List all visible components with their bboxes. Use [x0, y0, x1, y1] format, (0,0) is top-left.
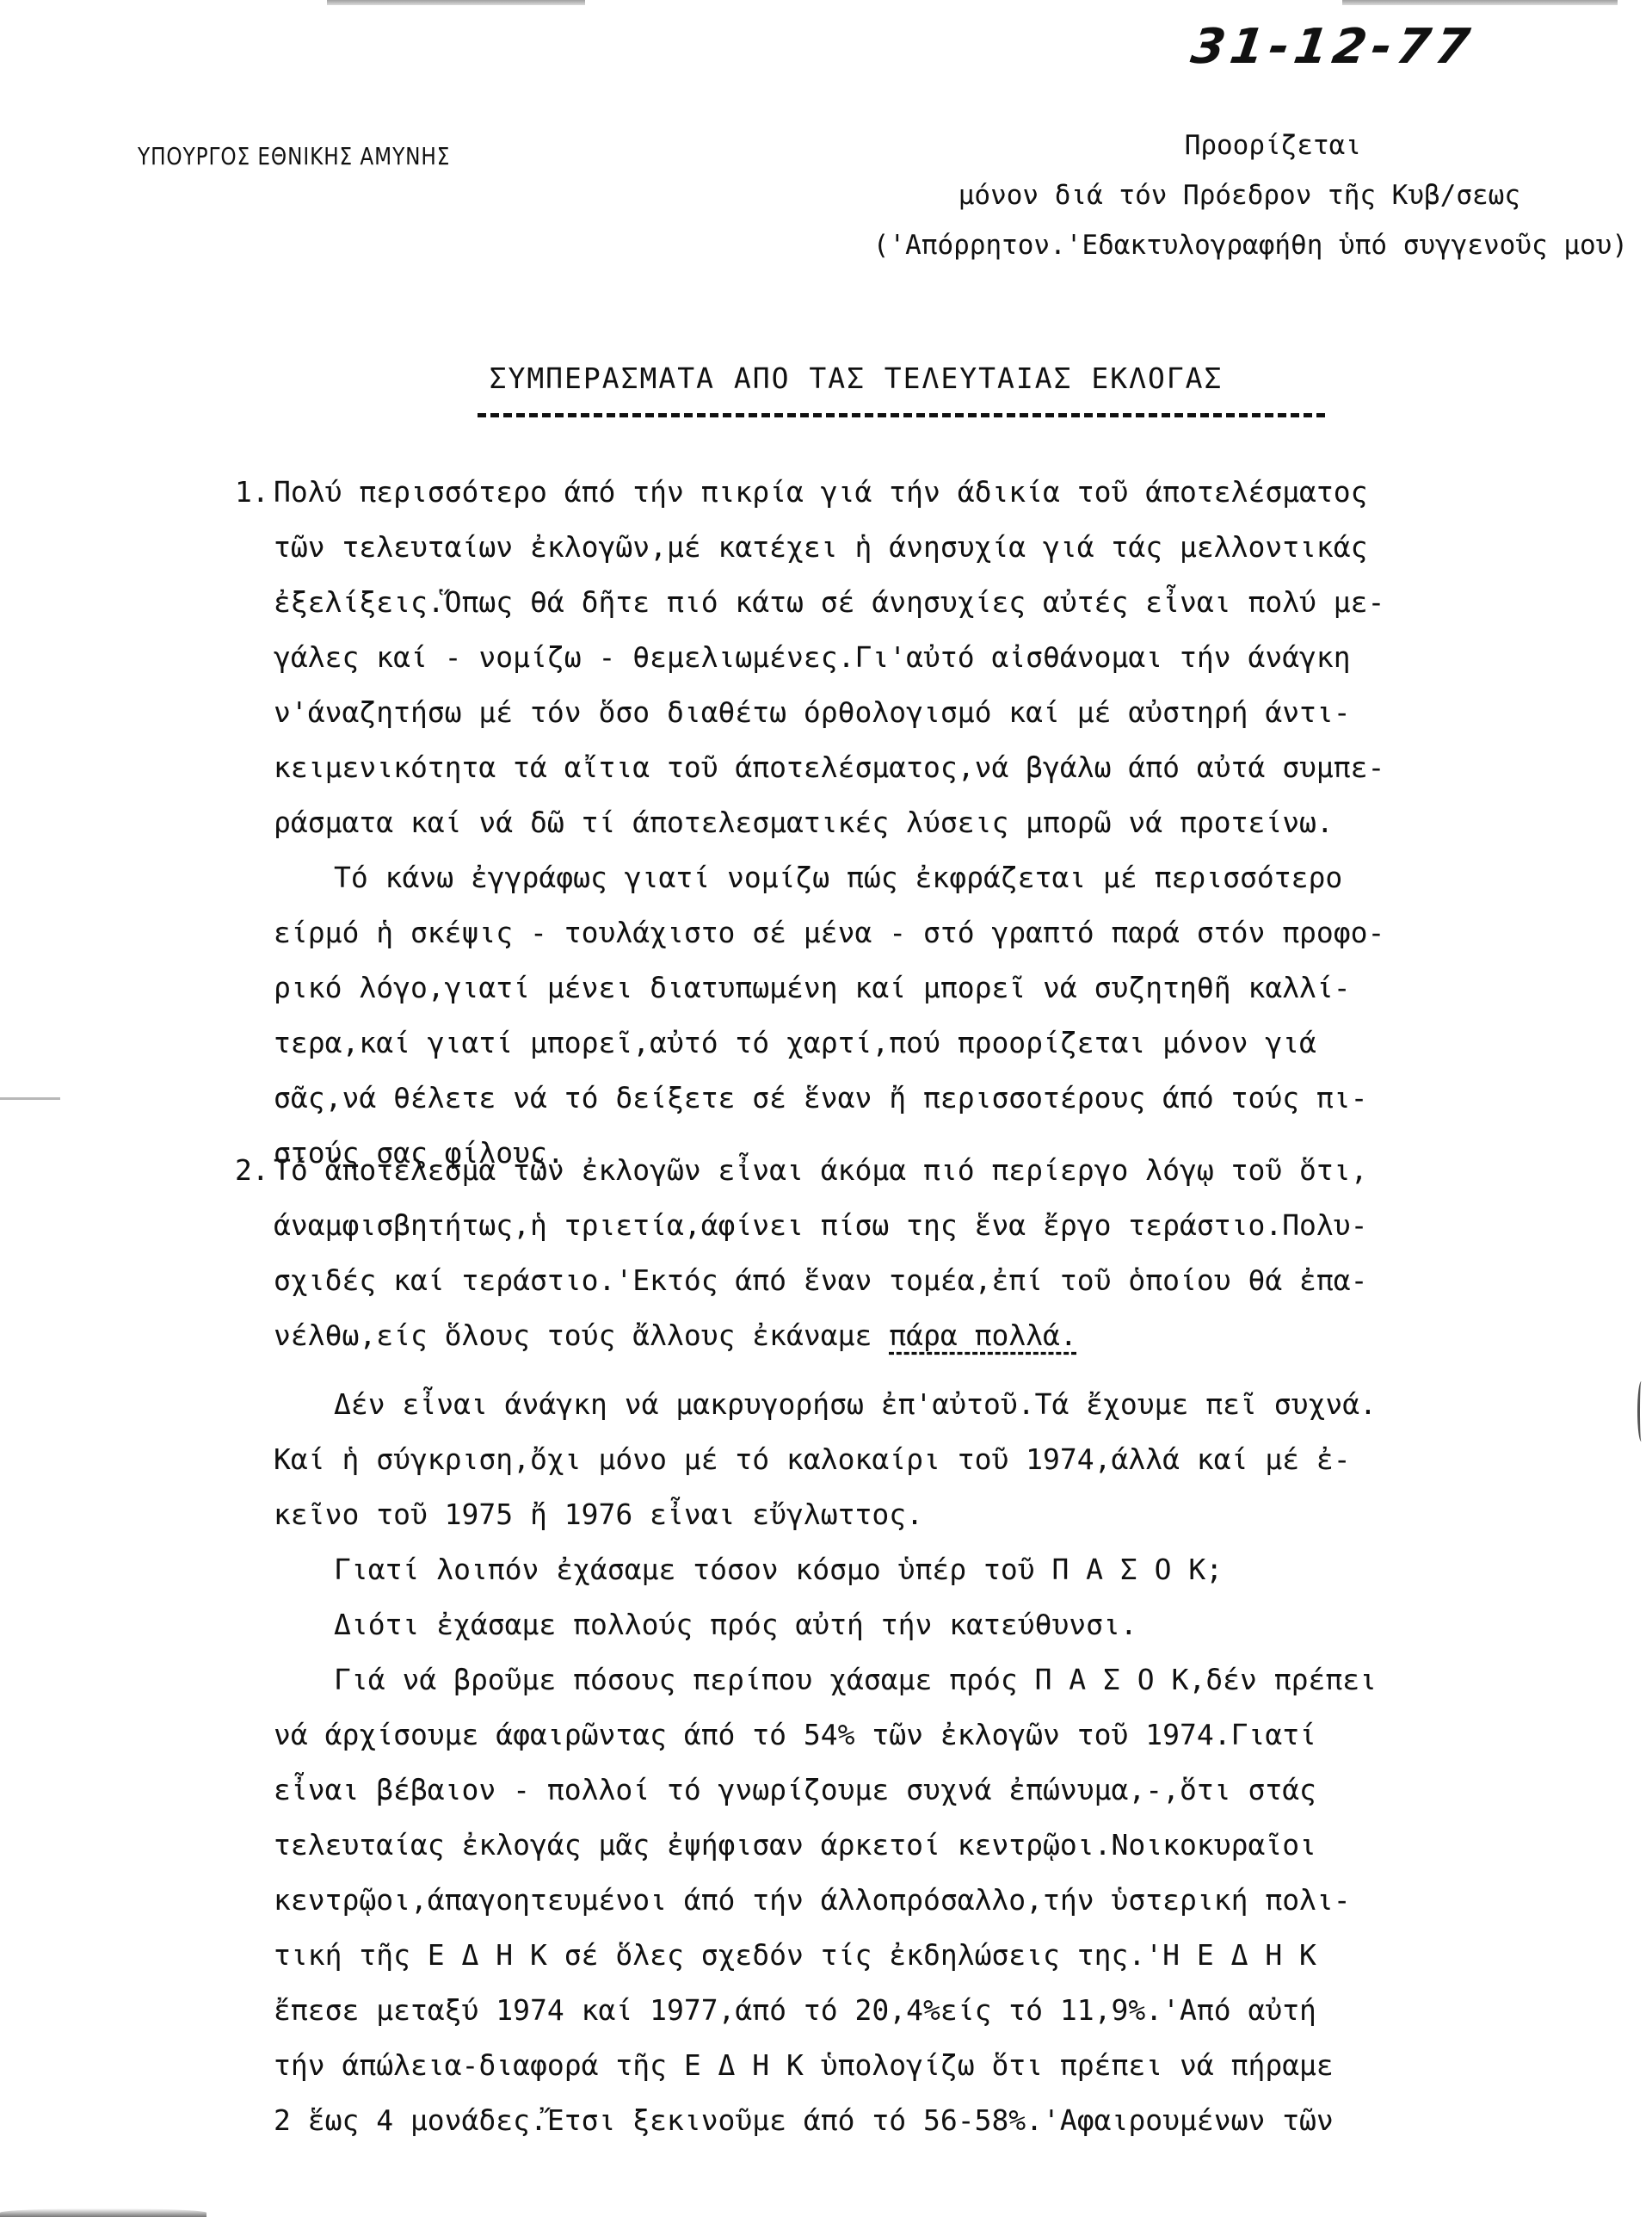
destination-line: Προορίζεται — [873, 120, 1361, 170]
text-line: τήν άπώλεια-διαφορά τῆς Ε Δ Η Κ ὑπολογίζ… — [274, 2038, 1616, 2093]
text-line: τερα,καί γιατί μπορεῖ,αὐτό τό χαρτί,πού … — [274, 1016, 1616, 1071]
section-1-paragraph-1: Πολύ περισσότερο άπό τήν πικρία γιά τήν … — [274, 465, 1616, 850]
text-line: σᾶς,νά θέλετε νά τό δείξετε σέ ἕναν ἤ πε… — [274, 1071, 1616, 1126]
text-line: Δέν εἶναι άνάγκη νά μακρυγορήσω ἐπ'αὐτοῦ… — [274, 1377, 1616, 1432]
section-2-paragraph-5: Γιά νά βροῦμε πόσους περίπου χάσαμε πρός… — [274, 1652, 1616, 2148]
section-2-paragraph-4: Διότι ἐχάσαμε πολλούς πρός αὐτή τήν κατε… — [274, 1597, 1616, 1652]
text-line: ἔπεσε μεταξύ 1974 καί 1977,άπό τό 20,4%ε… — [274, 1983, 1616, 2038]
text-line: Πολύ περισσότερο άπό τήν πικρία γιά τήν … — [274, 465, 1616, 520]
text-line: ρικό λόγο,γιατί μένει διατυπωμένη καί μπ… — [274, 960, 1616, 1016]
text-line: νά άρχίσουμε άφαιρῶντας άπό τό 54% τῶν ἐ… — [274, 1708, 1616, 1763]
text-line: εἶναι βέβαιον - πολλοί τό γνωρίζουμε συχ… — [274, 1763, 1616, 1818]
document-title-text: ΣΥΜΠΕΡΑΣΜΑΤΑ ΑΠΟ ΤΑΣ ΤΕΛΕΥΤΑΙΑΣ ΕΚΛΟΓΑΣ — [490, 361, 1224, 395]
text-line: Τό άποτέλεσμα τῶν ἐκλογῶν εἶναι άκόμα πι… — [274, 1143, 1616, 1198]
section-number: 2. — [235, 1143, 269, 1198]
destination-note: Προορίζεται μόνον διά τόν Πρόεδρον τῆς Κ… — [873, 120, 1628, 270]
destination-line: ('Απόρρητον.'Εδακτυλογραφήθη ὑπό συγγενο… — [873, 220, 1628, 270]
text-line: κεντρῷοι,άπαγοητευμένοι άπό τήν άλλοπρόσ… — [274, 1873, 1616, 1928]
scan-edge-top-left — [327, 0, 585, 5]
text-line: 2 ἕως 4 μονάδες.Ἔτσι ξεκινοῦμε άπό τό 56… — [274, 2093, 1616, 2148]
margin-pen-mark — [1637, 1381, 1645, 1442]
text-line: Γιατί λοιπόν ἐχάσαμε τόσον κόσμο ὑπέρ το… — [274, 1542, 1616, 1597]
section-2-paragraph-1: Τό άποτέλεσμα τῶν ἐκλογῶν εἶναι άκόμα πι… — [274, 1143, 1616, 1363]
text-line: σχιδές καί τεράστιο.'Εκτός άπό ἕναν τομέ… — [274, 1253, 1616, 1308]
text-line: Γιά νά βροῦμε πόσους περίπου χάσαμε πρός… — [274, 1652, 1616, 1708]
scanned-document-page: 31-12-77 ΥΠΟΥΡΓΟΣ ΕΘΝΙΚΗΣ ΑΜΥΝΗΣ Προορίζ… — [0, 0, 1652, 2217]
scan-side-mark — [0, 1097, 60, 1100]
text-line: ἐξελίξεις.Ὅπως θά δῆτε πιό κάτω σέ άνησυ… — [274, 575, 1616, 630]
destination-line: μόνον διά τόν Πρόεδρον τῆς Κυβ/σεως — [873, 170, 1520, 220]
text-line: άναμφισβητήτως,ἡ τριετία,άφίνει πίσω της… — [274, 1198, 1616, 1253]
text-fragment: νέλθω,είς ὅλους τούς ἄλλους ἐκάναμε — [274, 1318, 872, 1352]
scan-edge-bottom — [0, 2208, 206, 2217]
text-line: τική τῆς Ε Δ Η Κ σέ ὅλες σχεδόν τίς ἐκδη… — [274, 1928, 1616, 1983]
section-1-paragraph-2: Τό κάνω ἐγγράφως γιατί νομίζω πώς ἐκφράζ… — [274, 850, 1616, 1181]
handwritten-date: 31-12-77 — [1187, 19, 1477, 75]
text-line: κειμενικότητα τά αἴτια τοῦ άποτελέσματος… — [274, 740, 1616, 795]
text-line: τελευταίας ἐκλογάς μᾶς ἐψήφισαν άρκετοί … — [274, 1818, 1616, 1873]
document-title: ΣΥΜΠΕΡΑΣΜΑΤΑ ΑΠΟ ΤΑΣ ΤΕΛΕΥΤΑΙΑΣ ΕΚΛΟΓΑΣ — [0, 361, 1652, 395]
section-2: 2. Τό άποτέλεσμα τῶν ἐκλογῶν εἶναι άκόμα… — [274, 1143, 1616, 2148]
text-line: ράσματα καί νά δῶ τί άποτελεσματικές λύσ… — [274, 795, 1616, 850]
text-line: γάλες καί - νομίζω - θεμελιωμένες.Γι'αὐτ… — [274, 630, 1616, 685]
text-line: τῶν τελευταίων ἐκλογῶν,μέ κατέχει ἡ άνησ… — [274, 520, 1616, 575]
section-1: 1. Πολύ περισσότερο άπό τήν πικρία γιά τ… — [274, 465, 1616, 1181]
ministry-header: ΥΠΟΥΡΓΟΣ ΕΘΝΙΚΗΣ ΑΜΥΝΗΣ — [138, 142, 450, 170]
text-line: Διότι ἐχάσαμε πολλούς πρός αὐτή τήν κατε… — [274, 1597, 1616, 1652]
section-2-paragraph-2: Δέν εἶναι άνάγκη νά μακρυγορήσω ἐπ'αὐτοῦ… — [274, 1377, 1616, 1542]
text-line: Καί ἡ σύγκριση,ὄχι μόνο μέ τό καλοκαίρι … — [274, 1432, 1616, 1487]
text-line: κεῖνο τοῦ 1975 ἤ 1976 εἶναι εὔγλωττος. — [274, 1487, 1616, 1542]
text-line: είρμό ἡ σκέψις - τουλάχιστο σέ μένα - στ… — [274, 905, 1616, 960]
text-line: ν'άναζητήσω μέ τόν ὅσο διαθέτω όρθολογισ… — [274, 685, 1616, 740]
section-number: 1. — [235, 465, 269, 520]
section-2-paragraph-3: Γιατί λοιπόν ἐχάσαμε τόσον κόσμο ὑπέρ το… — [274, 1542, 1616, 1597]
title-underline-dashes — [478, 413, 1325, 424]
scan-edge-top-right — [1342, 0, 1618, 5]
underlined-emphasis: πάρα πολλά. — [889, 1318, 1077, 1352]
text-line: νέλθω,είς ὅλους τούς ἄλλους ἐκάναμε πάρα… — [274, 1308, 1616, 1363]
text-line: Τό κάνω ἐγγράφως γιατί νομίζω πώς ἐκφράζ… — [274, 850, 1616, 905]
